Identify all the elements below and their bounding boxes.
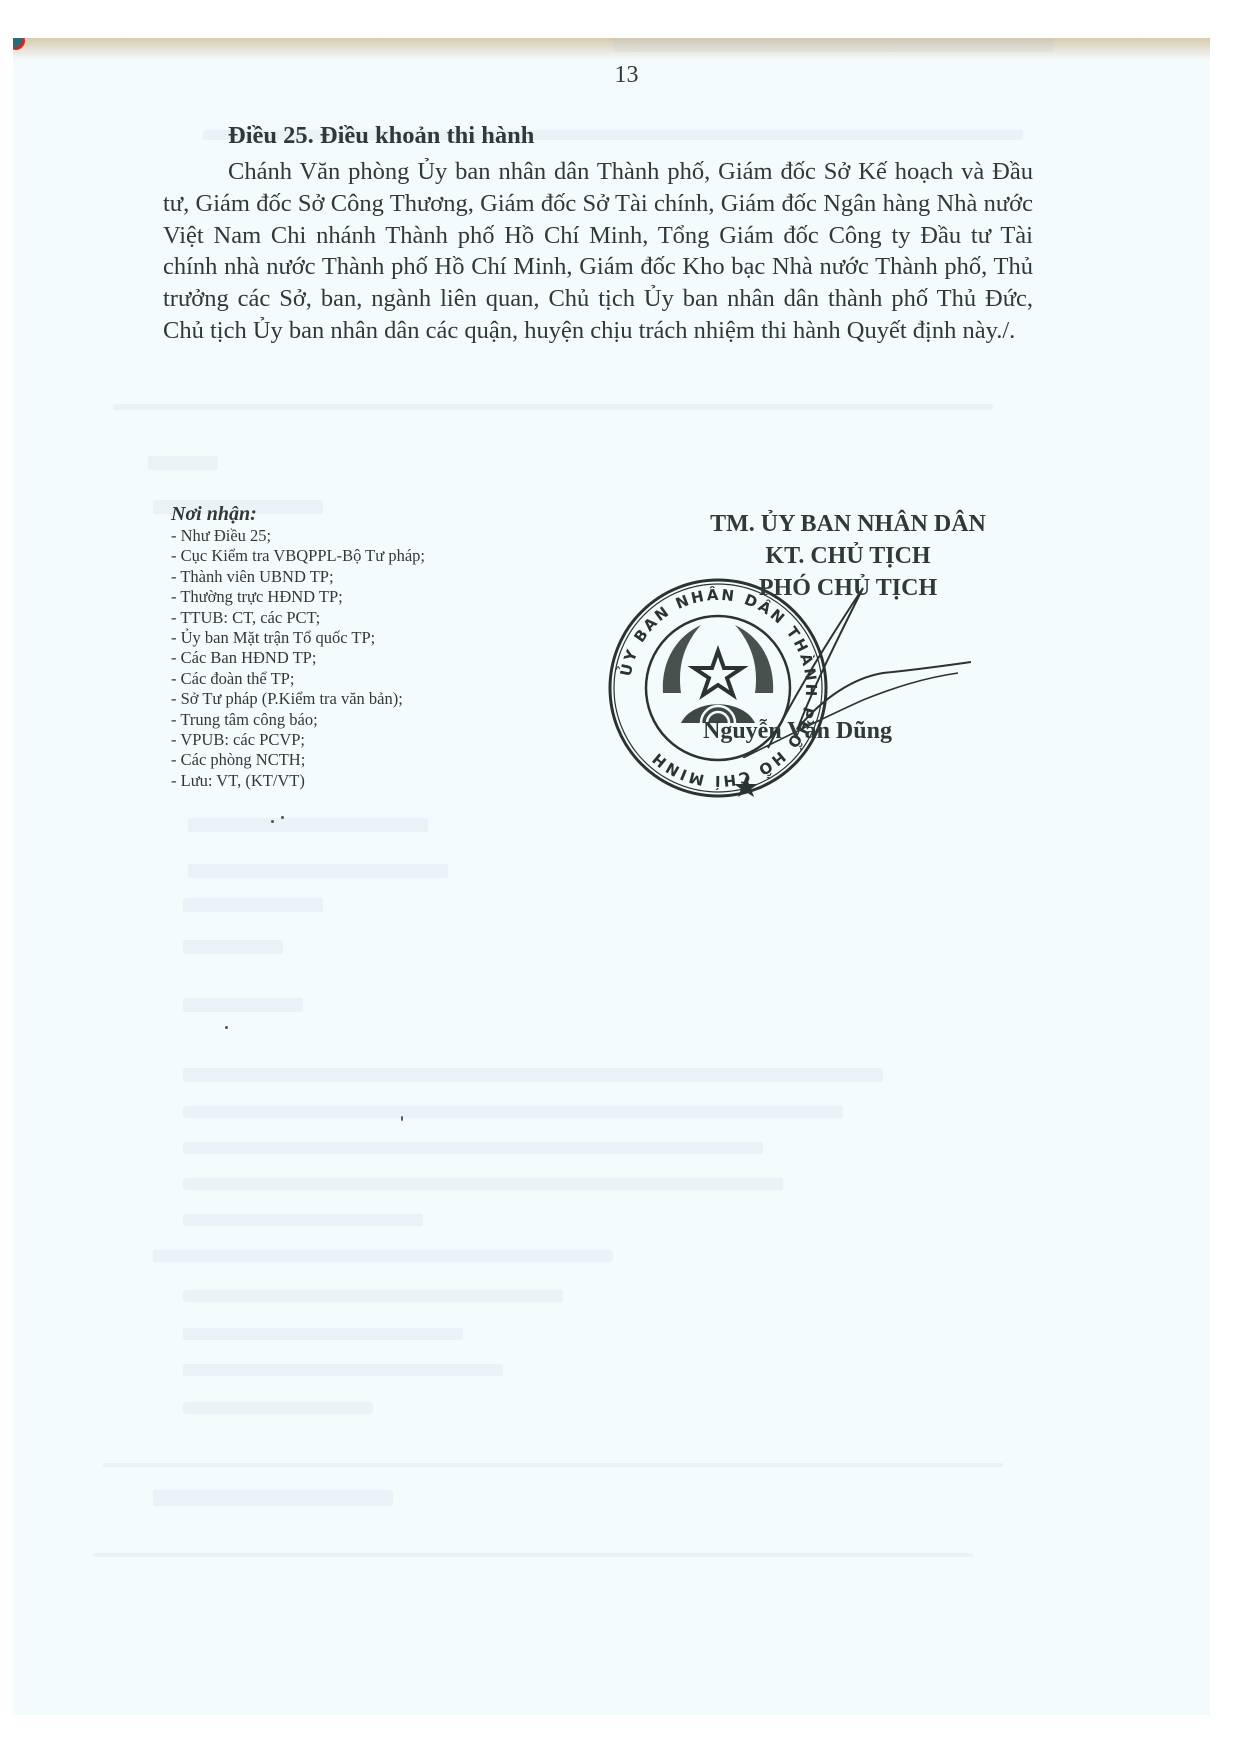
recipient-item: - TTUB: CT, các PCT;: [171, 608, 591, 628]
recipients-section: Nơi nhận: - Như Điều 25; - Cục Kiểm tra …: [171, 502, 591, 791]
scanned-page: 13 Điều 25. Điều khoản thi hành Chánh Vă…: [13, 38, 1210, 1715]
recipient-item: - Các Ban HĐND TP;: [171, 648, 591, 668]
recipients-title: Nơi nhận:: [171, 502, 591, 526]
signature-title-line1: TM. ỦY BAN NHÂN DÂN: [613, 508, 1083, 540]
recipients-list: - Như Điều 25; - Cục Kiểm tra VBQPPL-Bộ …: [171, 526, 591, 791]
recipient-item: - Các phòng NCTH;: [171, 750, 591, 770]
page-number: 13: [43, 62, 1210, 89]
article-25: Điều 25. Điều khoản thi hành Chánh Văn p…: [163, 118, 1033, 347]
recipient-item: - Thường trực HĐND TP;: [171, 587, 591, 607]
recipient-item: - Lưu: VT, (KT/VT): [171, 771, 591, 791]
signer-name: Nguyễn Văn Dũng: [703, 718, 892, 745]
article-heading: Điều 25. Điều khoản thi hành: [228, 118, 1033, 154]
scan-speck: [401, 1116, 403, 1121]
signature-title-line3: PHÓ CHỦ TỊCH: [613, 572, 1083, 604]
recipient-item: - Thành viên UBND TP;: [171, 567, 591, 587]
recipient-item: - Như Điều 25;: [171, 526, 591, 546]
recipient-item: - Sở Tư pháp (P.Kiểm tra văn bản);: [171, 689, 591, 709]
signature-block: TM. ỦY BAN NHÂN DÂN KT. CHỦ TỊCH PHÓ CHỦ…: [613, 508, 1083, 604]
scan-speck: [271, 820, 274, 823]
recipient-item: - Cục Kiểm tra VBQPPL-Bộ Tư pháp;: [171, 546, 591, 566]
article-body: Chánh Văn phòng Ủy ban nhân dân Thành ph…: [163, 156, 1033, 347]
recipient-item: - Trung tâm công báo;: [171, 710, 591, 730]
scan-speck: [281, 816, 284, 819]
recipient-item: - Ủy ban Mặt trận Tổ quốc TP;: [171, 628, 591, 648]
recipient-item: - Các đoàn thể TP;: [171, 669, 591, 689]
signature-title-line2: KT. CHỦ TỊCH: [613, 540, 1083, 572]
scan-speck: [225, 1026, 228, 1029]
recipient-item: - VPUB: các PCVP;: [171, 730, 591, 750]
